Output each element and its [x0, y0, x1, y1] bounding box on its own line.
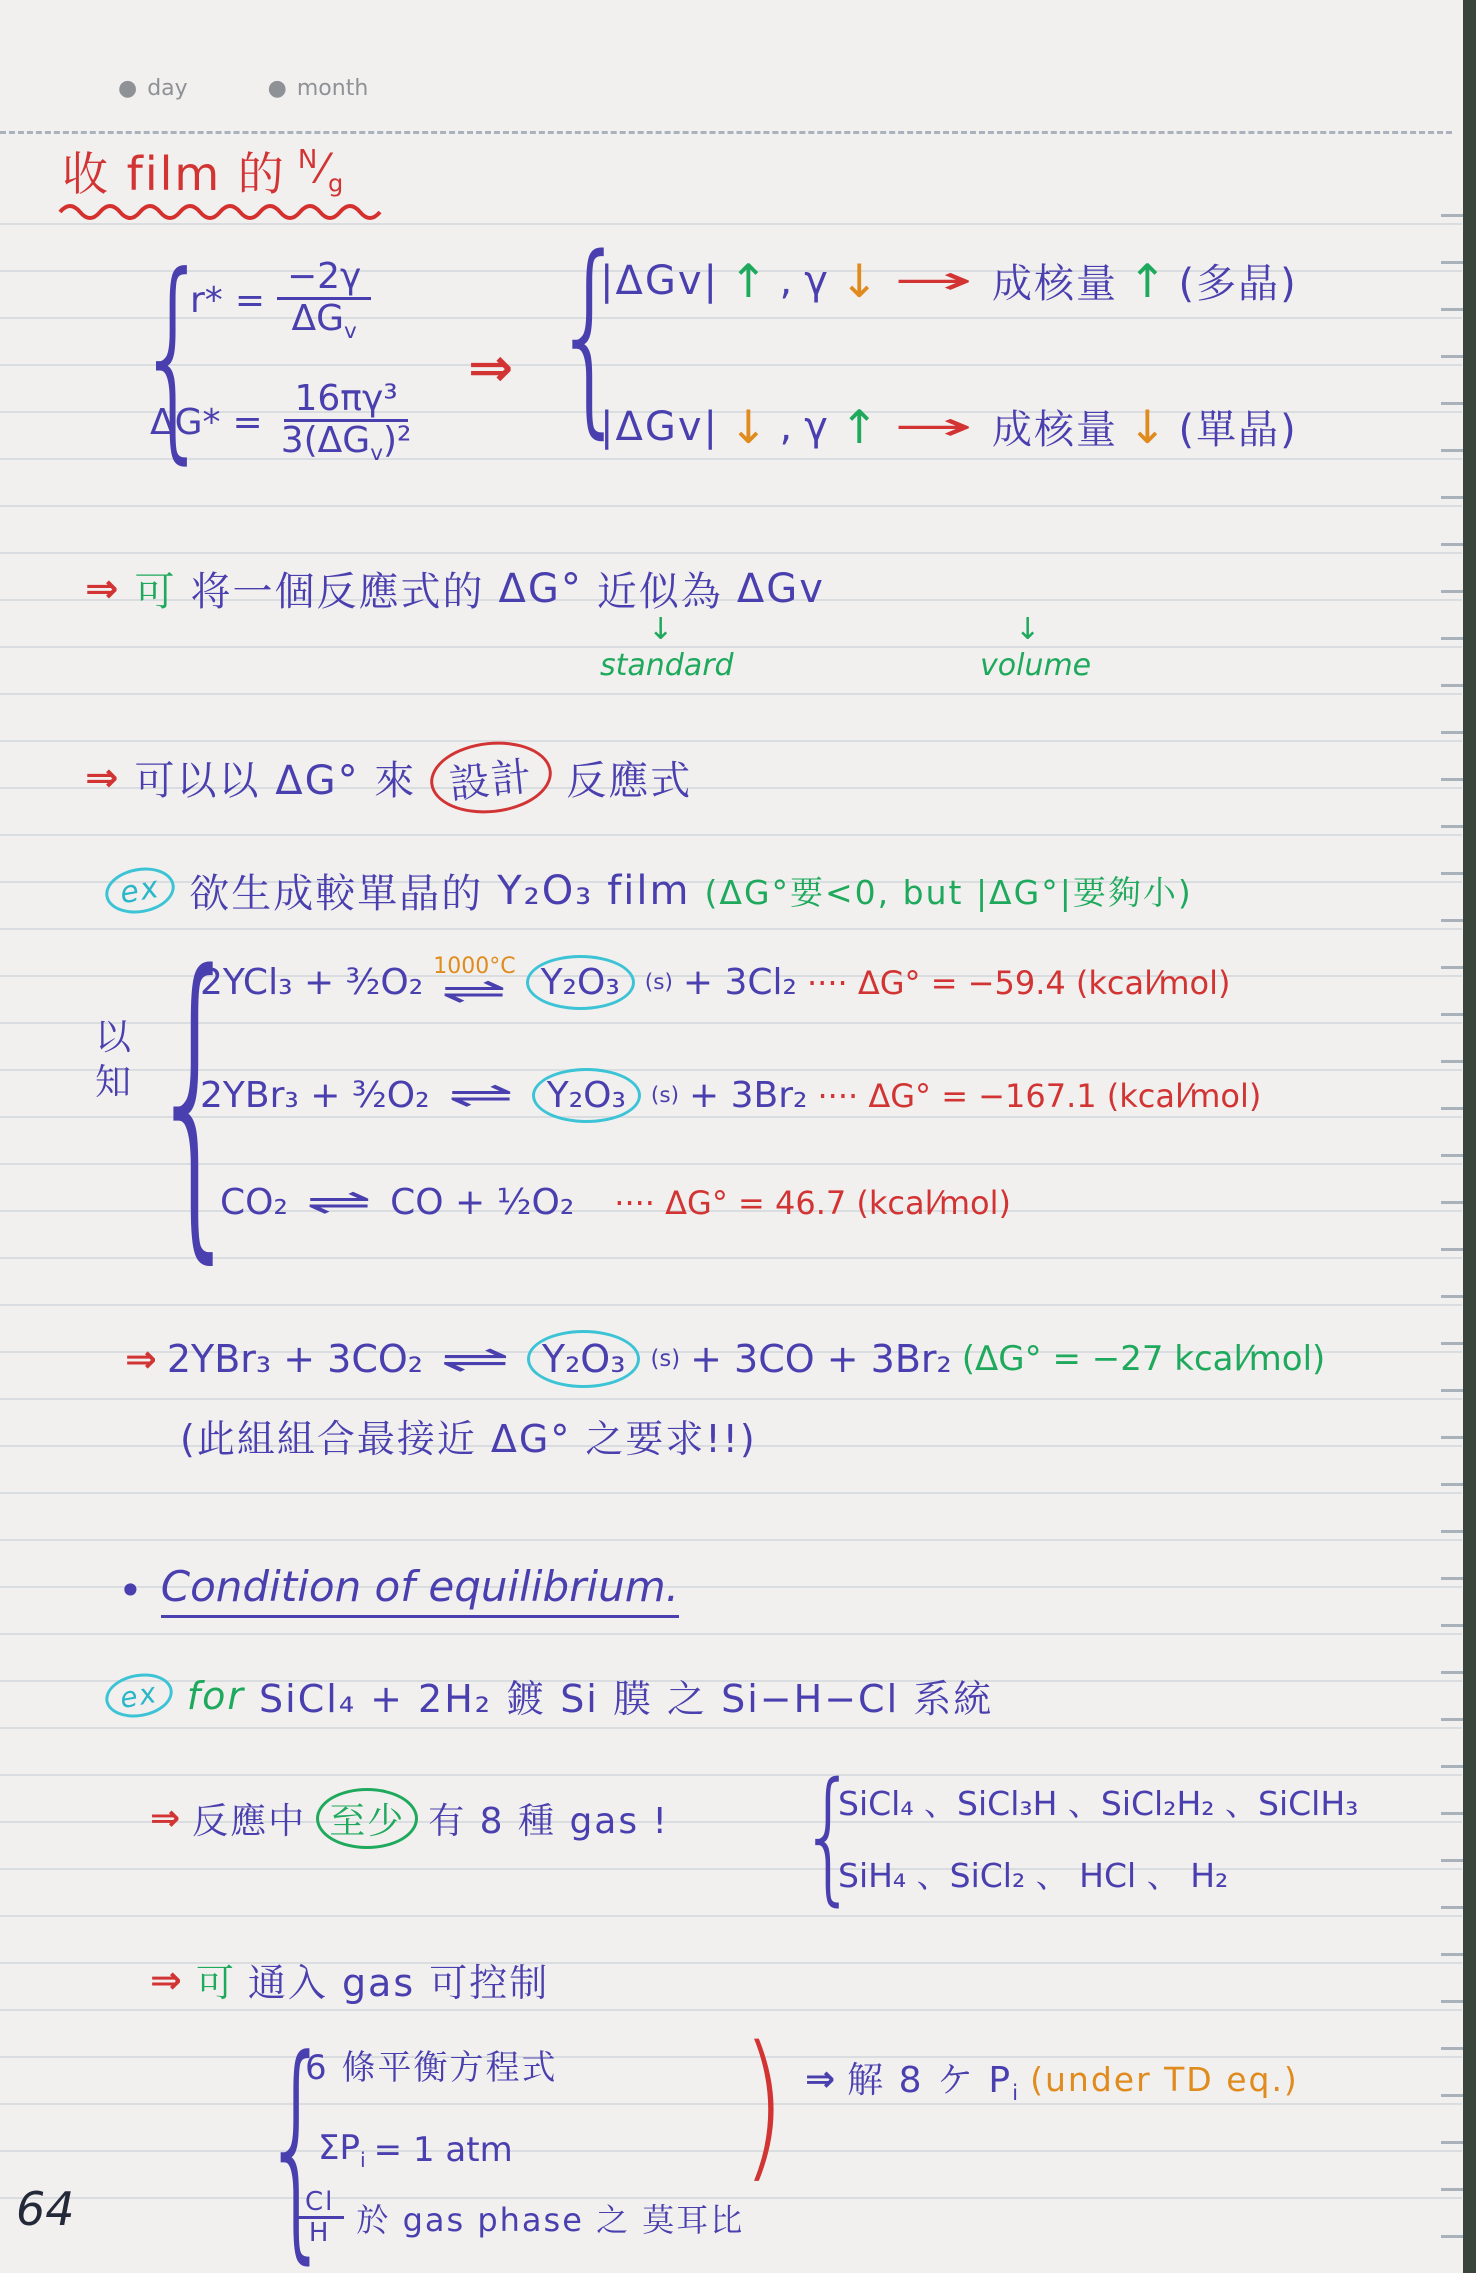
critical-energy-equation: ΔG* = 16πγ³ 3(ΔGv)² [150, 380, 417, 465]
reaction1-lhs: 2YCl₃ + ³⁄₂O₂ [200, 962, 423, 1003]
example1-note: (ΔG°要<0, but |ΔG°|要夠小) [705, 867, 1193, 914]
case1-comma: , [780, 258, 795, 304]
reaction2-state: (s) [651, 1083, 679, 1108]
control-ke: 可 [196, 1952, 236, 2007]
condition-pressure-sum: ΣPi = 1 atm [318, 2128, 513, 2172]
condition-equations: 6 條平衡方程式 [305, 2040, 557, 2089]
eq2-lhs: ΔG* [150, 402, 221, 443]
approx-ke: 可 [135, 560, 177, 617]
eq2-equals: = [233, 402, 263, 443]
heading-text: Condition of equilibrium. [161, 1562, 679, 1618]
example1-compound: Y₂O₃ [497, 868, 593, 914]
day-bullet-icon: ● [118, 76, 137, 101]
case2-gamma: γ [804, 404, 830, 450]
title-ratio-num: N [298, 145, 319, 175]
approx-text1: 将一個反應式的 [191, 560, 485, 617]
result-product: Y₂O₃ [542, 1337, 626, 1381]
reaction2-equilibrium-arrow-icon: ⇌ [447, 1075, 513, 1116]
case2-result-down-arrow-icon: ↓ [1128, 400, 1169, 454]
clh-denominator: H [303, 2219, 337, 2247]
result-comment: (此組組合最接近 ΔG° 之要求!!) [180, 1408, 757, 1463]
title-wavy-underline [56, 196, 386, 224]
title-text: 收 film 的 [62, 138, 286, 204]
gases-row2: SiH₄ 、SiCl₂ 、 HCl 、 H₂ [838, 1850, 1228, 1897]
design-circled-word: 設計 [427, 736, 556, 819]
gases-post: 有 8 種 gas ! [428, 1793, 669, 1844]
result-reaction: ⇒ 2YBr₃ + 3CO₂ ⇌ Y₂O₃ (s) + 3CO + 3Br₂ (… [125, 1330, 1325, 1388]
reaction-3: CO₂ ⇌ CO + ½O₂ ···· ΔG° = 46.7 (kcal⁄mol… [220, 1182, 1011, 1223]
implies-arrow: ⇒ [468, 336, 513, 399]
example2-for: for [187, 1674, 245, 1718]
critical-radius-equation: r* = −2γ ΔGv [190, 258, 371, 343]
gases-pre: 反應中 [192, 1793, 306, 1844]
reaction-1: 2YCl₃ + ³⁄₂O₂ 1000°C ⇌ Y₂O₃ (s) + 3Cl₂ ·… [200, 955, 1230, 1010]
right-margin-ticks [1441, 170, 1463, 2243]
result-product-circle: Y₂O₃ [527, 1330, 641, 1388]
page-number: 64 [16, 2182, 75, 2236]
standard-down-arrow-icon: ↓ [648, 612, 673, 647]
design-implies-icon: ⇒ [85, 755, 121, 801]
case-polycrystal: |ΔGv| ↑ , γ ↓ → 成核量 ↑ (多晶) [600, 252, 1298, 309]
reaction1-dg-value: ···· ΔG° = −59.4 (kcal⁄mol) [807, 964, 1231, 1002]
solve-text-sub: i [1012, 2081, 1020, 2106]
pressure-sum-pre: ΣPi [318, 2128, 366, 2172]
result-dg-value: (ΔG° = −27 kcal⁄mol) [962, 1339, 1326, 1379]
case1-result: 成核量 [992, 252, 1118, 309]
case2-crystal-type: (單晶) [1179, 398, 1298, 455]
result-rest: + 3CO + 3Br₂ [690, 1337, 952, 1381]
gases-implies-icon: ⇒ [150, 1798, 182, 1839]
mole-ratio-text: 於 gas phase 之 莫耳比 [356, 2195, 744, 2241]
eq2-numerator: 16πγ³ [284, 380, 407, 422]
design-post: 反應式 [566, 749, 692, 806]
example2-line: ex for SiCl₄ + 2H₂ 鍍 Si 膜 之 Si−H−Cl 系統 [105, 1668, 993, 1723]
eq1-lhs: r* [190, 280, 223, 321]
reaction3-product: CO + ½O₂ [390, 1182, 574, 1223]
eq2-denominator: 3(ΔGv)² [275, 422, 418, 466]
result-lhs: 2YBr₃ + 3CO₂ [167, 1337, 423, 1381]
title-ratio: N⁄g [298, 145, 345, 197]
reaction1-equilibrium-arrow-icon: ⇌ [441, 974, 507, 1010]
design-line: ⇒ 可以以 ΔG° 來 設計 反應式 [85, 742, 692, 813]
case1-crystal-type: (多晶) [1179, 252, 1298, 309]
gases-line: ⇒ 反應中 至少 有 8 種 gas ! [150, 1788, 669, 1849]
case2-term: |ΔGv| [600, 404, 719, 450]
control-line: ⇒ 可 通入 gas 可控制 [150, 1952, 549, 2007]
case2-comma: , [780, 404, 795, 450]
case2-right-arrow-icon: → [894, 404, 979, 450]
eq2-den-pre: 3(ΔG [281, 420, 370, 461]
approx-text2: 近似為 [597, 560, 723, 617]
design-circled-text: 設計 [448, 754, 536, 809]
heading-bullet-icon: • [118, 1566, 143, 1615]
eq2-den-post: )² [383, 420, 411, 461]
reaction1-product-circle: Y₂O₃ [526, 955, 635, 1010]
case2-term-down-arrow-icon: ↓ [729, 400, 770, 454]
case1-term: |ΔGv| [600, 258, 719, 304]
case2-gamma-up-arrow-icon: ↑ [840, 400, 881, 454]
reaction3-equilibrium-arrow-icon: ⇌ [306, 1182, 372, 1223]
printed-dashed-rule [0, 131, 1452, 134]
case2-result: 成核量 [992, 398, 1118, 455]
reaction2-product: Y₂O₃ [547, 1075, 626, 1116]
gases-row1: SiCl₄ 、SiCl₃H 、SiCl₂H₂ 、SiClH₃ [838, 1778, 1358, 1825]
example1-film: film [607, 868, 690, 914]
control-implies-icon: ⇒ [150, 1958, 184, 2002]
reaction1-rest: + 3Cl₂ [683, 962, 797, 1003]
solve-line: ⇒ 解 8 ケ Pi (under TD eq.) [805, 2052, 1299, 2106]
title-ratio-slash: ⁄ [319, 146, 328, 192]
clh-fraction: Cl H [295, 2188, 344, 2247]
month-label: month [297, 76, 368, 101]
reaction2-dg-value: ···· ΔG° = −167.1 (kcal⁄mol) [817, 1077, 1261, 1115]
scan-edge [1463, 0, 1476, 2273]
known-label: 以知 [95, 1015, 141, 1105]
standard-annotation: standard [600, 648, 734, 683]
reaction2-product-circle: Y₂O₃ [532, 1068, 641, 1123]
volume-annotation: volume [980, 648, 1091, 683]
month-bullet-icon: ● [268, 76, 287, 101]
eq1-denominator: ΔGv [286, 300, 363, 344]
case1-term-up-arrow-icon: ↑ [729, 254, 770, 308]
section-heading: • Condition of equilibrium. [118, 1562, 679, 1618]
reaction1-state: (s) [645, 970, 673, 995]
page-title: 收 film 的 N⁄g [62, 138, 345, 204]
pressure-sum-symbol: ΣP [318, 2128, 360, 2168]
gases-circled-text: 至少 [329, 1801, 405, 1842]
volume-down-arrow-icon: ↓ [1015, 612, 1040, 647]
solve-text-pre: 解 8 ケ P [847, 2060, 1012, 2101]
solve-text: 解 8 ケ Pi [847, 2052, 1020, 2106]
conditions-close-paren: ) [742, 2025, 785, 2185]
day-label: day [147, 76, 187, 101]
control-text: 通入 gas 可控制 [248, 1952, 549, 2007]
solve-implies-icon: ⇒ [805, 2059, 837, 2100]
example2-system: SiCl₄ + 2H₂ 鍍 Si 膜 之 Si−H−Cl 系統 [259, 1668, 993, 1723]
solve-note: (under TD eq.) [1030, 2060, 1299, 2099]
reaction2-rest: + 3Br₂ [689, 1075, 807, 1116]
reaction2-lhs: 2YBr₃ + ³⁄₂O₂ [200, 1075, 430, 1116]
approx-dg-standard: ΔG° [499, 566, 583, 612]
case1-gamma-down-arrow-icon: ↓ [840, 254, 881, 308]
result-equilibrium-arrow-icon: ⇌ [440, 1337, 510, 1381]
eq1-fraction: −2γ ΔGv [277, 258, 371, 343]
approximation-line: ⇒ 可 将一個反應式的 ΔG° 近似為 ΔGv [85, 560, 825, 617]
reaction1-equilibrium: 1000°C ⇌ [433, 956, 515, 1010]
case-monocrystal: |ΔGv| ↓ , γ ↑ → 成核量 ↓ (單晶) [600, 398, 1298, 455]
design-pre: 可以以 ΔG° 來 [135, 749, 417, 806]
eq1-den-sub: v [344, 319, 357, 344]
reaction3-dg-value: ···· ΔG° = 46.7 (kcal⁄mol) [614, 1184, 1011, 1222]
approx-dg-volume: ΔGv [737, 566, 825, 612]
eq2-den-sub: v [370, 441, 383, 466]
example1-line: ex 欲生成較單晶的 Y₂O₃ film (ΔG°要<0, but |ΔG°|要… [105, 862, 1193, 919]
approx-implies-icon: ⇒ [85, 566, 121, 612]
result-state: (s) [650, 1346, 680, 1372]
eq2-fraction: 16πγ³ 3(ΔGv)² [275, 380, 418, 465]
case1-gamma: γ [804, 258, 830, 304]
result-implies-icon: ⇒ [125, 1337, 157, 1381]
reaction1-product: Y₂O₃ [541, 962, 620, 1003]
notebook-page: ● day ● month 收 film 的 N⁄g { r* = −2γ ΔG… [0, 0, 1476, 2273]
reaction3-lhs: CO₂ [220, 1182, 288, 1223]
gases-circled: 至少 [316, 1788, 418, 1849]
eq1-numerator: −2γ [277, 258, 371, 300]
eq1-den-base: ΔG [292, 298, 345, 339]
pressure-sum-value: = 1 atm [374, 2130, 513, 2170]
header-day-month: ● day ● month [118, 76, 368, 101]
reaction-2: 2YBr₃ + ³⁄₂O₂ ⇌ Y₂O₃ (s) + 3Br₂ ···· ΔG°… [200, 1068, 1261, 1123]
condition-mole-ratio: Cl H 於 gas phase 之 莫耳比 [295, 2188, 744, 2247]
eq1-equals: = [235, 280, 265, 321]
clh-numerator: Cl [295, 2188, 344, 2219]
case1-right-arrow-icon: → [894, 258, 979, 304]
title-ratio-den: g [328, 169, 345, 197]
case1-result-up-arrow-icon: ↑ [1128, 254, 1169, 308]
pressure-sum-sub: i [360, 2148, 366, 2172]
example2-ex-badge: ex [102, 1668, 176, 1722]
